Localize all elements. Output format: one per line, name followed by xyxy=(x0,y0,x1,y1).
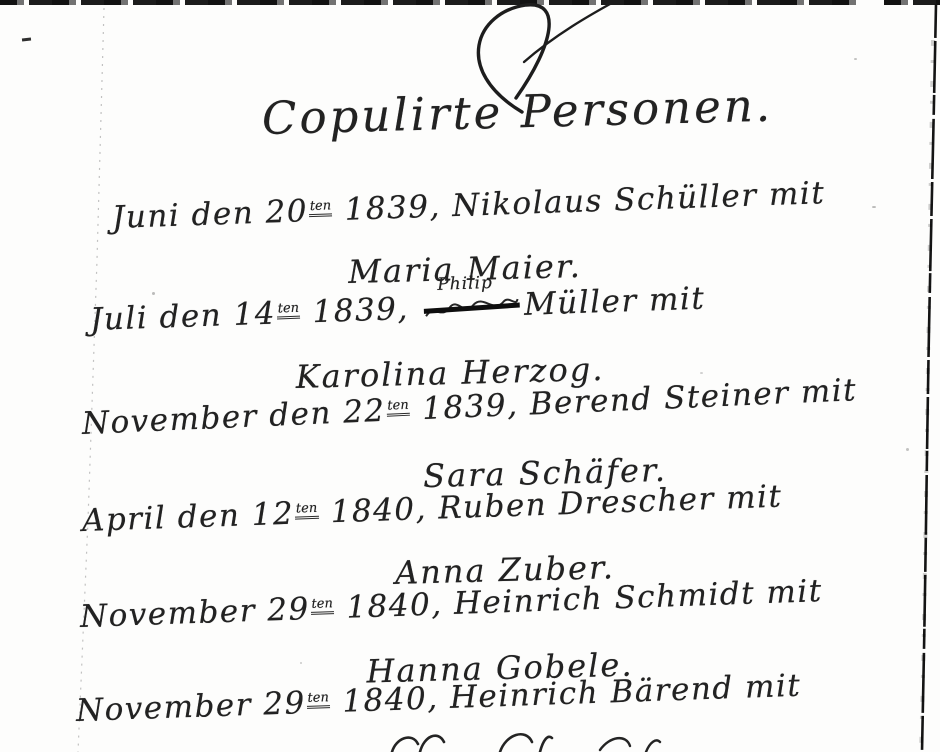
scanned-page: Copulirte Personen. Juni den 20ten 1839,… xyxy=(0,0,940,752)
clipped-handwriting-fragment xyxy=(0,0,940,752)
